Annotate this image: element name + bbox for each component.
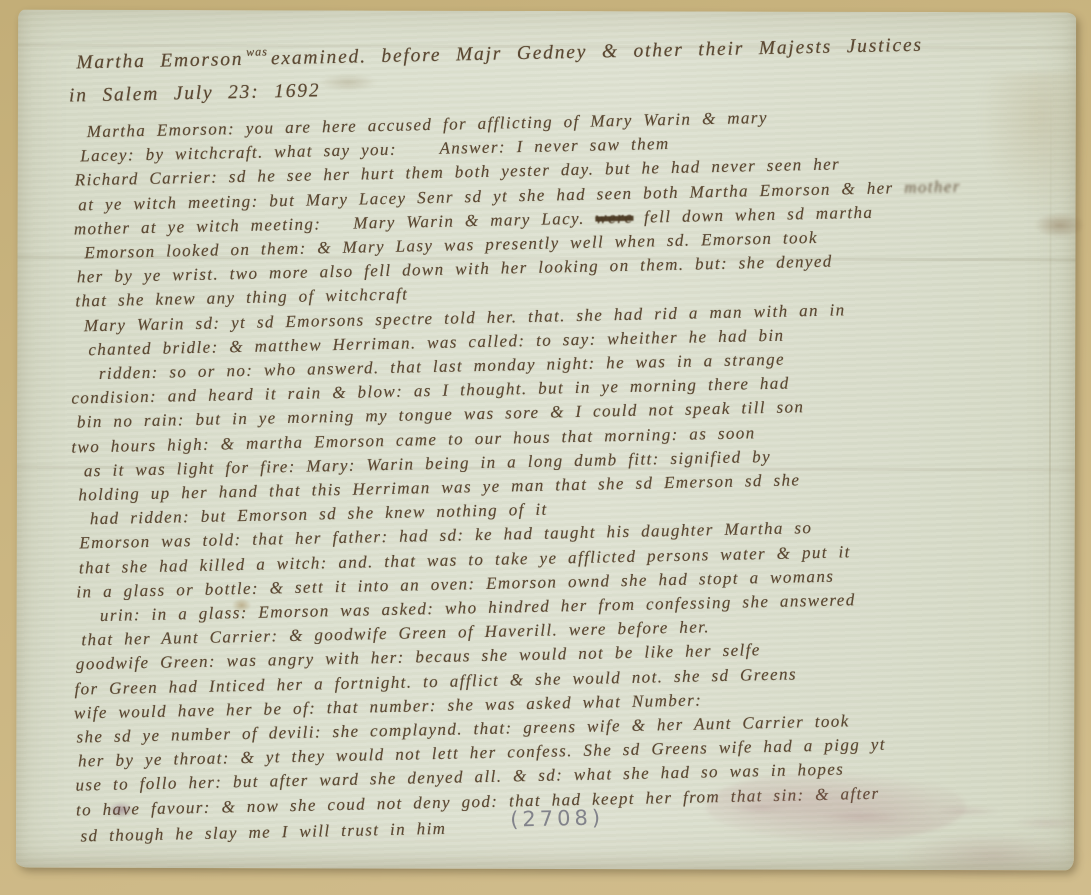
line-text: fell down when sd martha [633,203,873,227]
header-text: examined. before Majr Gedney & other the… [271,35,923,70]
inserted-word: was [246,45,268,59]
smudged-word: mother [904,177,961,197]
archive-number: (2708) [510,805,604,831]
manuscript-text: Martha Emorsonwasexamined. before Majr G… [60,27,1067,849]
manuscript-body: Martha Emorson: you are here accused for… [62,100,1067,849]
line-text: sd though he slay me I will trust in him [80,819,446,846]
bottom-right-stain [896,832,1086,878]
header-text: Martha Emorson [76,49,243,73]
struck-word: were [595,208,633,228]
manuscript-page: Martha Emorsonwasexamined. before Majr G… [16,10,1076,871]
